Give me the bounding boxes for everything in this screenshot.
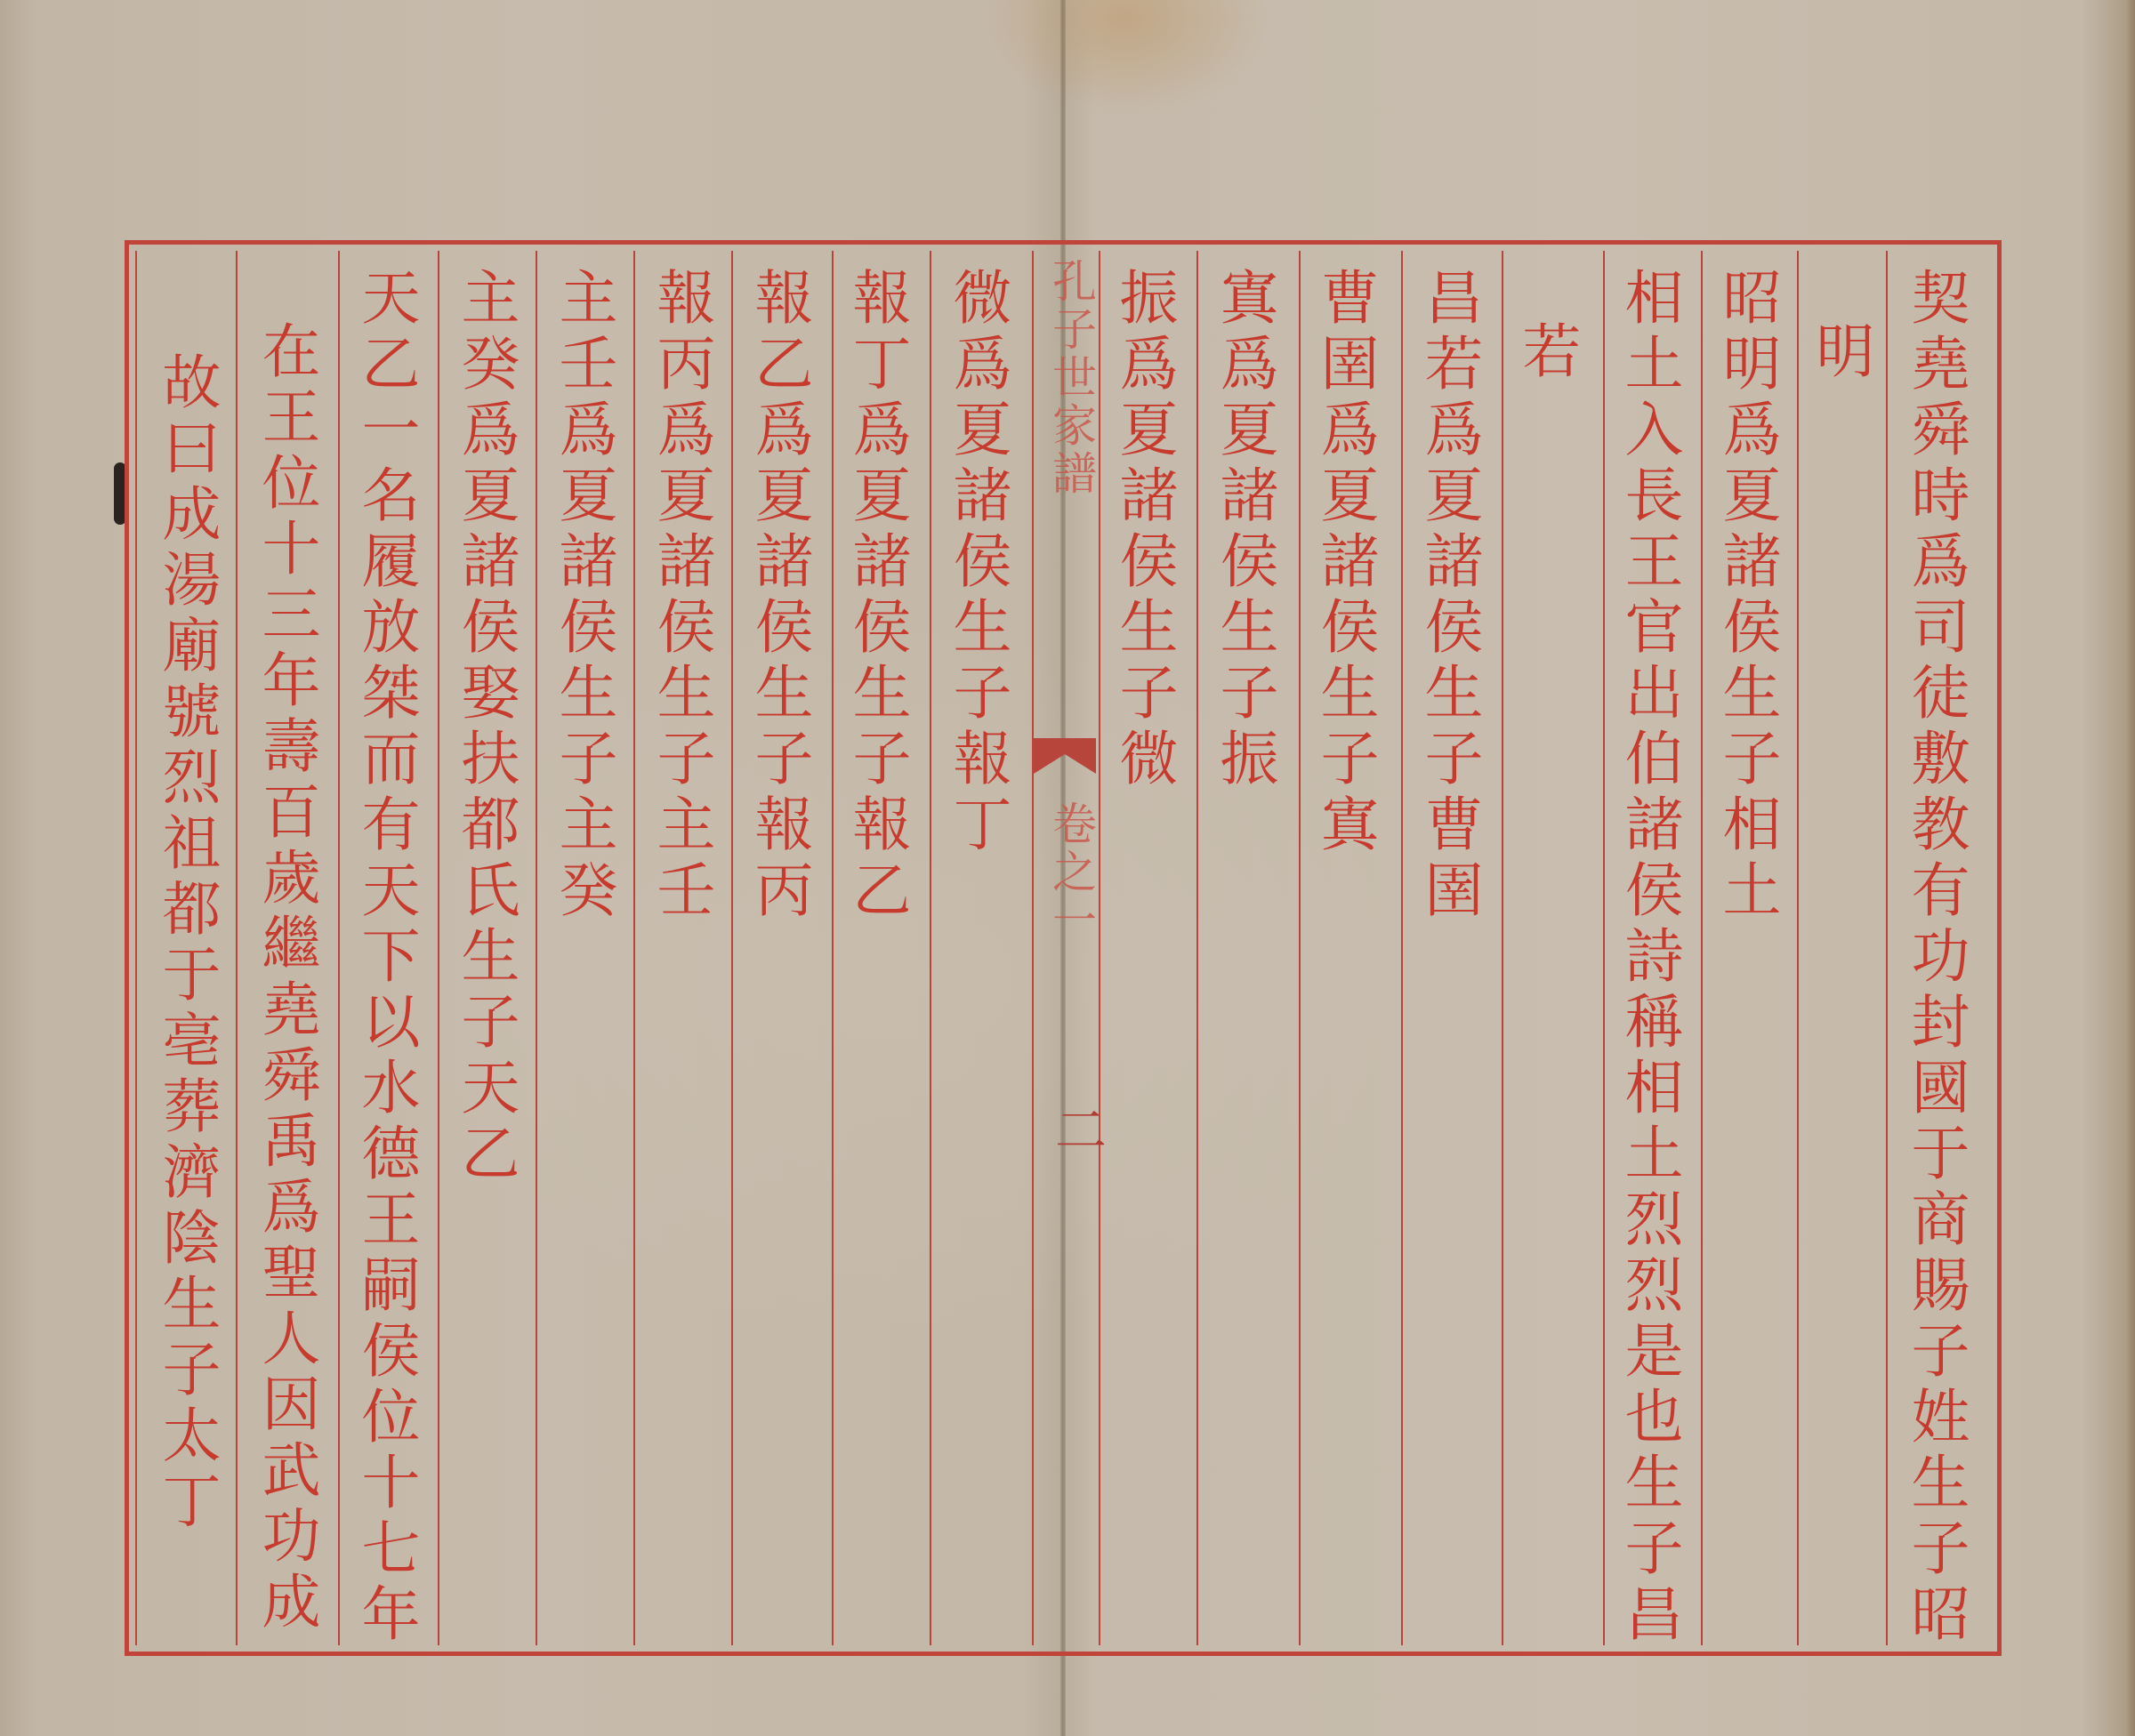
text-column: 報丙爲夏諸侯生子主壬	[651, 267, 710, 925]
column-rule	[1797, 251, 1799, 1645]
book-spread: 孔子世家譜 卷之一 二 契堯舜時爲司徒敷教有功封國于商賜子姓生子昭 明 昭明爲夏…	[0, 0, 2135, 1736]
fishtail-mark-icon	[1034, 738, 1096, 779]
text-column: 主癸爲夏諸侯娶扶都氏生子天乙	[455, 267, 514, 1188]
text-column: 報乙爲夏諸侯生子報丙	[749, 267, 808, 925]
text-column: 契堯舜時爲司徒敷教有功封國于商賜子姓生子昭	[1905, 267, 1964, 1649]
column-rule	[438, 251, 439, 1645]
column-rule	[930, 251, 931, 1645]
text-column: 昭明爲夏諸侯生子相土	[1717, 267, 1776, 925]
spine-title: 孔子世家譜	[1039, 258, 1103, 498]
spine-volume: 卷之一	[1039, 800, 1103, 944]
column-rule	[236, 251, 238, 1645]
column-rule	[536, 251, 537, 1645]
text-column: 微爲夏諸侯生子報丁	[947, 267, 1006, 859]
column-rule	[1886, 251, 1888, 1645]
text-column: 振爲夏諸侯生子微	[1114, 267, 1172, 793]
frame-inner-line	[135, 251, 138, 1645]
page-edge	[2126, 0, 2135, 1736]
column-rule	[1502, 251, 1503, 1645]
spine-rule-left	[1032, 251, 1034, 1645]
spine-page-number: 二	[1039, 1103, 1114, 1154]
text-column: 昌若爲夏諸侯生子曹圉	[1419, 267, 1478, 925]
column-rule	[1196, 251, 1198, 1645]
column-rule	[1701, 251, 1703, 1645]
column-rule	[731, 251, 733, 1645]
text-column: 天乙一名履放桀而有天下以水德王嗣侯位十七年	[356, 267, 415, 1649]
column-rule	[1603, 251, 1605, 1645]
column-rule	[1401, 251, 1403, 1645]
column-rule	[633, 251, 635, 1645]
text-column: 明	[1810, 320, 1869, 386]
column-rule	[1299, 251, 1301, 1645]
text-column: 報丁爲夏諸侯生子報乙	[847, 267, 906, 925]
text-column: 寘爲夏諸侯生子振	[1214, 267, 1273, 793]
column-rule	[832, 251, 834, 1645]
text-column: 相土入長王官出伯諸侯詩稱相土烈烈是也生子昌	[1619, 267, 1678, 1649]
column-rule	[338, 251, 340, 1645]
text-column: 若	[1517, 320, 1575, 386]
text-column: 在王位十三年壽百歲繼堯舜禹爲聖人因武功成	[256, 320, 315, 1636]
text-column: 主壬爲夏諸侯生子主癸	[553, 267, 612, 925]
text-column: 曹圉爲夏諸侯生子寘	[1315, 267, 1374, 859]
text-column: 故曰成湯廟號烈祖都于亳葬濟陰生子太丁	[157, 351, 215, 1536]
